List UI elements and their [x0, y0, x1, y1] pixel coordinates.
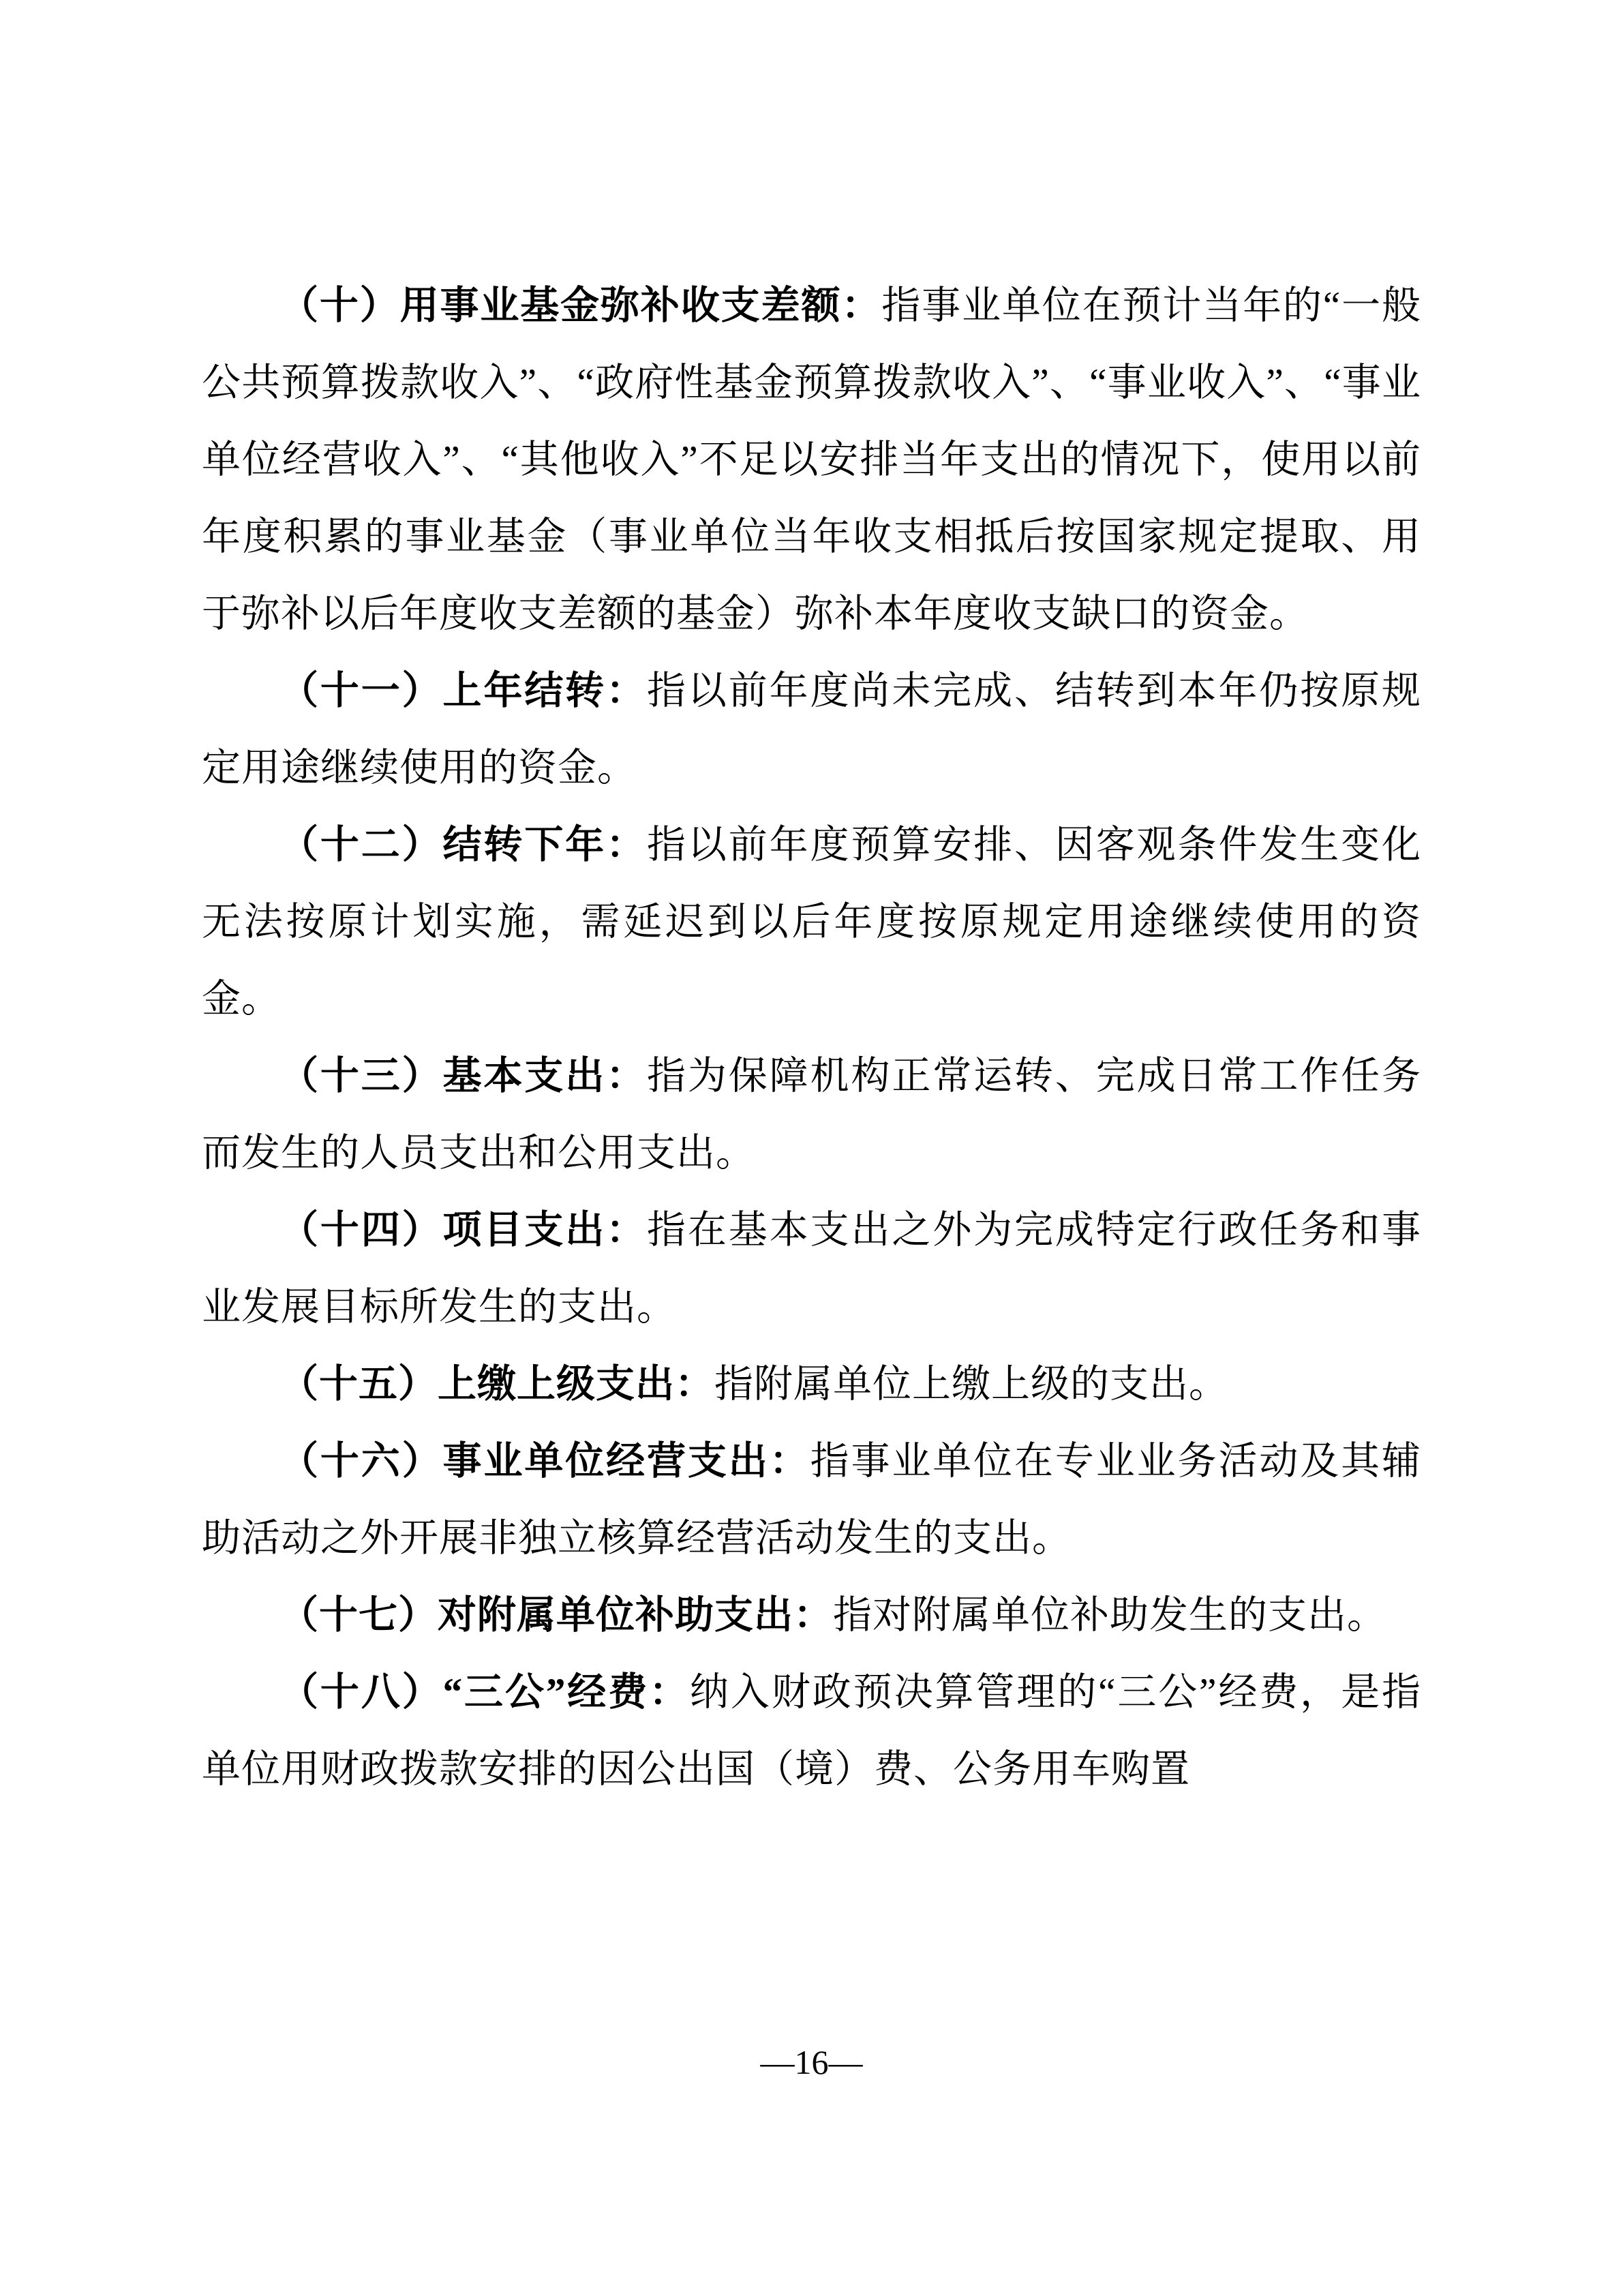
para-item-18: （十八）“三公”经费：纳入财政预决算管理的“三公”经费，是指单位用财政拨款安排的… — [202, 1654, 1421, 1808]
term-label: （十二）结转下年： — [279, 824, 647, 866]
term-label: （十三）基本支出： — [279, 1055, 647, 1098]
para-item-16: （十六）事业单位经营支出：指事业单位在专业业务活动及其辅助活动之外开展非独立核算… — [202, 1423, 1421, 1577]
para-item-12: （十二）结转下年：指以前年度预算安排、因客观条件发生变化无法按原计划实施，需延迟… — [202, 806, 1421, 1038]
term-label: （十四）项目支出： — [279, 1209, 647, 1252]
term-label: （十七）对附属单位补助支出： — [279, 1594, 833, 1637]
para-item-10: （十）用事业基金弥补收支差额：指事业单位在预计当年的“一般公共预算拨款收入”、“… — [202, 267, 1421, 652]
definition-text: 指对附属单位补助发生的支出。 — [833, 1594, 1386, 1637]
term-label: （十八）“三公”经费： — [279, 1671, 690, 1714]
term-label: （十六）事业单位经营支出： — [279, 1440, 810, 1483]
para-item-14: （十四）项目支出：指在基本支出之外为完成特定行政任务和事业发展目标所发生的支出。 — [202, 1192, 1421, 1346]
term-label: （十五）上缴上级支出： — [279, 1363, 714, 1406]
para-item-17: （十七）对附属单位补助支出：指对附属单位补助发生的支出。 — [202, 1577, 1421, 1654]
definition-text: 指事业单位在预计当年的“一般公共预算拨款收入”、“政府性基金预算拨款收入”、“事… — [202, 284, 1421, 635]
term-label: （十一）上年结转： — [279, 669, 647, 712]
page-number: —16— — [0, 2035, 1623, 2089]
term-label: （十）用事业基金弥补收支差额： — [279, 284, 881, 327]
para-item-11: （十一）上年结转：指以前年度尚未完成、结转到本年仍按原规定用途继续使用的资金。 — [202, 652, 1421, 806]
text-block: （十）用事业基金弥补收支差额：指事业单位在预计当年的“一般公共预算拨款收入”、“… — [202, 267, 1421, 1808]
para-item-15: （十五）上缴上级支出：指附属单位上缴上级的支出。 — [202, 1346, 1421, 1423]
document-page: （十）用事业基金弥补收支差额：指事业单位在预计当年的“一般公共预算拨款收入”、“… — [0, 0, 1623, 2296]
definition-text: 指附属单位上缴上级的支出。 — [714, 1363, 1228, 1406]
para-item-13: （十三）基本支出：指为保障机构正常运转、完成日常工作任务而发生的人员支出和公用支… — [202, 1038, 1421, 1192]
